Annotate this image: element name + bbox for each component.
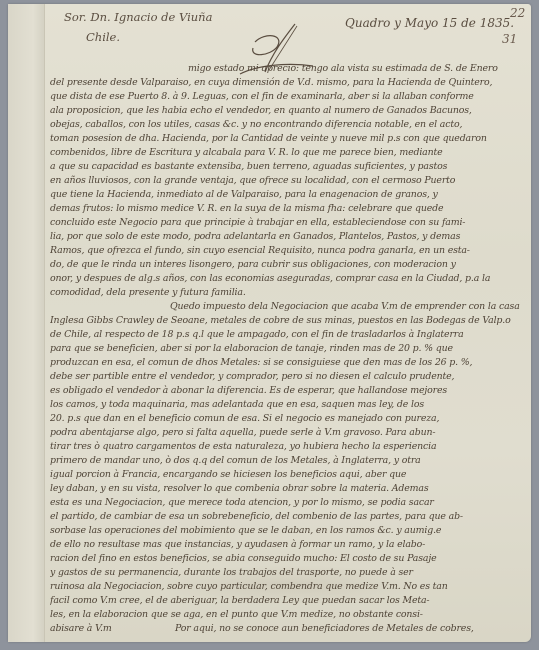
letter-line: onor, y despues de alg.s años, con las e… — [50, 273, 528, 284]
paragraph-start-line: Quedo impuesto dela Negociacion que acab… — [50, 301, 528, 312]
letter-line: facil como V.m cree, el de aberiguar, la… — [50, 595, 528, 606]
letter-line: para que se beneficien, aber si por la e… — [50, 343, 528, 354]
letter-line: 20. p.s que dan en el beneficio comun de… — [50, 413, 528, 424]
folio-number: 22 — [510, 6, 525, 20]
letter-line: de Chile, al respecto de 18 p.s q.l que … — [50, 329, 528, 340]
letter-line: debe ser partible entre el vendedor, y c… — [50, 371, 528, 382]
letter-line: en años lluviosos, con la grande ventaja… — [50, 175, 528, 186]
letter-line: combenidos, libre de Escritura y alcabal… — [50, 147, 528, 158]
place-and-date: Quadro y Mayo 15 de 1835. — [345, 16, 514, 30]
letter-line: concluido este Negocio para que principi… — [50, 217, 528, 228]
letter-line: toman posesion de dha. Hacienda, por la … — [50, 133, 528, 144]
letter-line: do, de que le rinda un interes lisongero… — [50, 259, 528, 270]
letter-line: que tiene la Hacienda, inmediato al de V… — [50, 189, 528, 200]
letter-line: ruinosa ala Negociacion, sobre cuyo part… — [50, 581, 528, 592]
letter-line: migo estado mi aprecio: tengo ala vista … — [50, 63, 528, 74]
letter-line: tirar tres ò quatro cargamentos de esta … — [50, 441, 528, 452]
letter-line: les, en la elaboracion que se aga, en el… — [50, 609, 528, 620]
letter-line: lia, por que solo de este modo, podra ad… — [50, 231, 528, 242]
letter-line: del presente desde Valparaiso, en cuya d… — [50, 77, 528, 88]
letter-content: Sor. Dn. Ignacio de Viuña Chile. Quadro … — [50, 0, 525, 650]
recipient-location: Chile. — [86, 30, 120, 44]
paragraph-start-line: Por aqui, no se conoce aun beneficiadore… — [50, 623, 528, 634]
letter-line: es obligado el vendedor à abonar la dife… — [50, 385, 528, 396]
letter-line: y gastos de su permanencia, durante los … — [50, 567, 528, 578]
letter-line: los camos, y toda maquinaria, mas adelan… — [50, 399, 528, 410]
letter-line: podra abentajarse algo, pero si falta aq… — [50, 427, 528, 438]
letter-line: produzcan en esa, el comun de dhos Metal… — [50, 357, 528, 368]
letter-line: que dista de ese Puerto 8. à 9. Leguas, … — [50, 91, 528, 102]
scanned-letter: Sor. Dn. Ignacio de Viuña Chile. Quadro … — [0, 0, 539, 650]
letter-line: demas frutos: lo mismo medice V. R. en l… — [50, 203, 528, 214]
letter-line: esta es una Negociacion, que merece toda… — [50, 497, 528, 508]
letter-line: obejas, caballos, con los utiles, casas … — [50, 119, 528, 130]
letter-line: primero de mandar uno, ò dos q.q del com… — [50, 455, 528, 466]
letter-line: igual porcion à Francia, encargando se h… — [50, 469, 528, 480]
letter-line: sorbase las operaciones del mobimiento q… — [50, 525, 528, 536]
letter-line: de ello no resultase mas que instancias,… — [50, 539, 528, 550]
letter-line: a que su capacidad es bastante extensiba… — [50, 161, 528, 172]
letter-line: ala proposicion, que les habia echo el v… — [50, 105, 528, 116]
recipient-name: Sor. Dn. Ignacio de Viuña — [64, 10, 212, 24]
letter-line: el partido, de cambiar de esa un sobrebe… — [50, 511, 528, 522]
left-margin-fold — [8, 4, 45, 642]
letter-line: Ramos, que ofrezca el fundo, sin cuyo es… — [50, 245, 528, 256]
folio-number-secondary: 31 — [502, 32, 517, 46]
letter-line: Inglesa Gibbs Crawley de Seoane, metales… — [50, 315, 528, 326]
letter-line: comodidad, dela presente y futura famili… — [50, 287, 528, 298]
letter-line: racion del fino en estos beneficios, se … — [50, 553, 528, 564]
letter-line: ley daban, y en su vista, resolver lo qu… — [50, 483, 528, 494]
